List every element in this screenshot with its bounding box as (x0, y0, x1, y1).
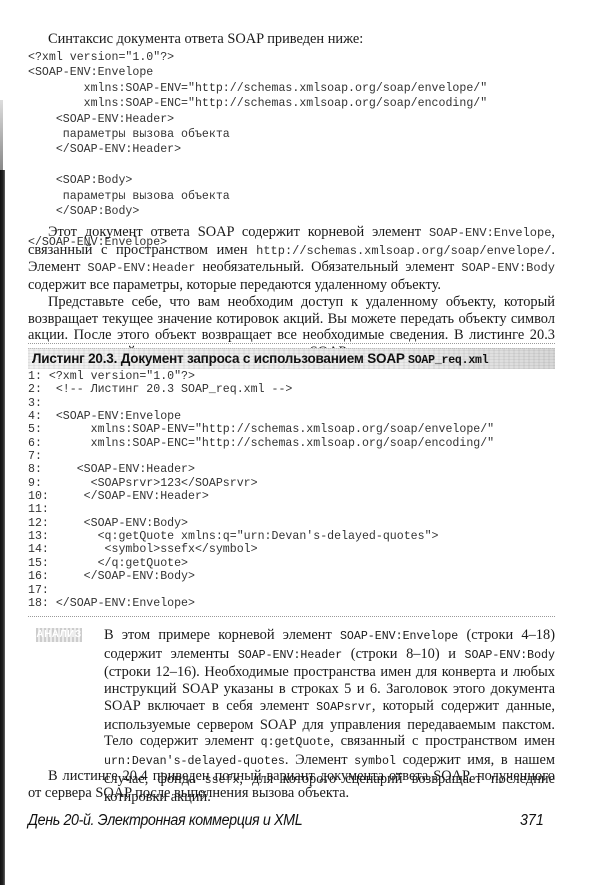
listing-line: 12: <SOAP-ENV:Body> (28, 517, 494, 530)
inline-code-url: http://schemas.xmlsoap.org/soap/envelope… (256, 244, 551, 258)
listing-line: 9: <SOAPsrvr>123</SOAPsrvr> (28, 477, 494, 490)
listing-line: 15: </q:getQuote> (28, 557, 494, 570)
code-line: <?xml version="1.0"?> (28, 50, 487, 65)
code-line: параметры вызова объекта (28, 189, 487, 204)
syntax-code-block: <?xml version="1.0"?><SOAP-ENV:Envelope … (28, 50, 487, 250)
listing-title-text: Листинг 20.3. Документ запроса с использ… (32, 351, 408, 366)
inline-code: SOAP-ENV:Header (238, 649, 342, 662)
divider (28, 343, 555, 345)
text: (строки 8–10) и (342, 646, 464, 662)
code-line (28, 158, 487, 173)
code-line: <SOAP:Body> (28, 173, 487, 188)
text: необязательный. Обязательный элемент (195, 259, 461, 275)
listing-title: Листинг 20.3. Документ запроса с использ… (32, 351, 488, 367)
inline-code: symbol (354, 755, 396, 768)
listing-header: Листинг 20.3. Документ запроса с использ… (28, 348, 555, 369)
listing-line: 10: </SOAP-ENV:Header> (28, 490, 494, 503)
listing-code-block: 1: <?xml version="1.0"?>2: <!-- Листинг … (28, 370, 494, 610)
code-line: параметры вызова объекта (28, 127, 487, 142)
analysis-badge-label: АНАЛИЗ (36, 628, 82, 642)
listing-line: 13: <q:getQuote xmlns:q="urn:Devan's-del… (28, 530, 494, 543)
text: В этом примере корневой элемент (104, 627, 340, 643)
running-footer-chapter: День 20-й. Электронная коммерция и XML (28, 812, 302, 830)
text: Этот документ ответа SOAP содержит корне… (48, 224, 429, 240)
listing-line: 7: (28, 450, 494, 463)
listing-line: 2: <!-- Листинг 20.3 SOAP_req.xml --> (28, 383, 494, 396)
code-line: </SOAP-ENV:Header> (28, 142, 487, 157)
inline-code: SOAP-ENV:Body (465, 649, 555, 662)
inline-code: SOAP-ENV:Header (87, 261, 195, 275)
listing-line: 4: <SOAP-ENV:Envelope (28, 410, 494, 423)
inline-code: SOAP-ENV:Body (461, 261, 555, 275)
code-line: <SOAP-ENV:Header> (28, 112, 487, 127)
listing-line: 18: </SOAP-ENV:Envelope> (28, 597, 494, 610)
code-line: <SOAP-ENV:Envelope (28, 65, 487, 80)
page-binding-shadow (0, 170, 5, 885)
inline-code: SOAPsrvr (316, 701, 372, 714)
paragraph-envelope-description: Этот документ ответа SOAP содержит корне… (28, 224, 555, 361)
listing-line: 17: (28, 584, 494, 597)
listing-line: 3: (28, 397, 494, 410)
text: , связанный с пространством имен (330, 733, 555, 749)
code-line: </SOAP:Body> (28, 204, 487, 219)
listing-filename: SOAP_req.xml (408, 354, 488, 367)
listing-line: 14: <symbol>ssefx</symbol> (28, 543, 494, 556)
divider (28, 616, 555, 618)
listing-line: 5: xmlns:SOAP-ENV="http://schemas.xmlsoa… (28, 423, 494, 436)
paragraph-listing-20-4: В листинге 20.4 приведен полный вариант … (28, 768, 555, 801)
code-line: xmlns:SOAP-ENV="http://schemas.xmlsoap.o… (28, 81, 487, 96)
listing-line: 1: <?xml version="1.0"?> (28, 370, 494, 383)
analysis-badge-icon: АНАЛИЗ (36, 628, 82, 642)
inline-code: urn:Devan's-delayed-quotes (104, 755, 285, 768)
inline-code: SOAP-ENV:Envelope (340, 630, 458, 643)
paragraph-text: В листинге 20.4 приведен полный вариант … (28, 768, 555, 801)
intro-sentence: Синтаксис документа ответа SOAP приведен… (48, 31, 363, 48)
text: . Элемент (285, 752, 354, 768)
listing-line: 16: </SOAP-ENV:Body> (28, 570, 494, 583)
listing-line: 11: (28, 503, 494, 516)
text: содержит все параметры, которые передают… (28, 277, 441, 293)
listing-line: 6: xmlns:SOAP-ENC="http://schemas.xmlsoa… (28, 437, 494, 450)
inline-code: q:getQuote (261, 736, 331, 749)
page-binding-shadow-top (0, 100, 3, 170)
page-number: 371 (520, 812, 544, 830)
code-line: xmlns:SOAP-ENC="http://schemas.xmlsoap.o… (28, 96, 487, 111)
inline-code: SOAP-ENV:Envelope (429, 226, 551, 240)
listing-line: 8: <SOAP-ENV:Header> (28, 463, 494, 476)
